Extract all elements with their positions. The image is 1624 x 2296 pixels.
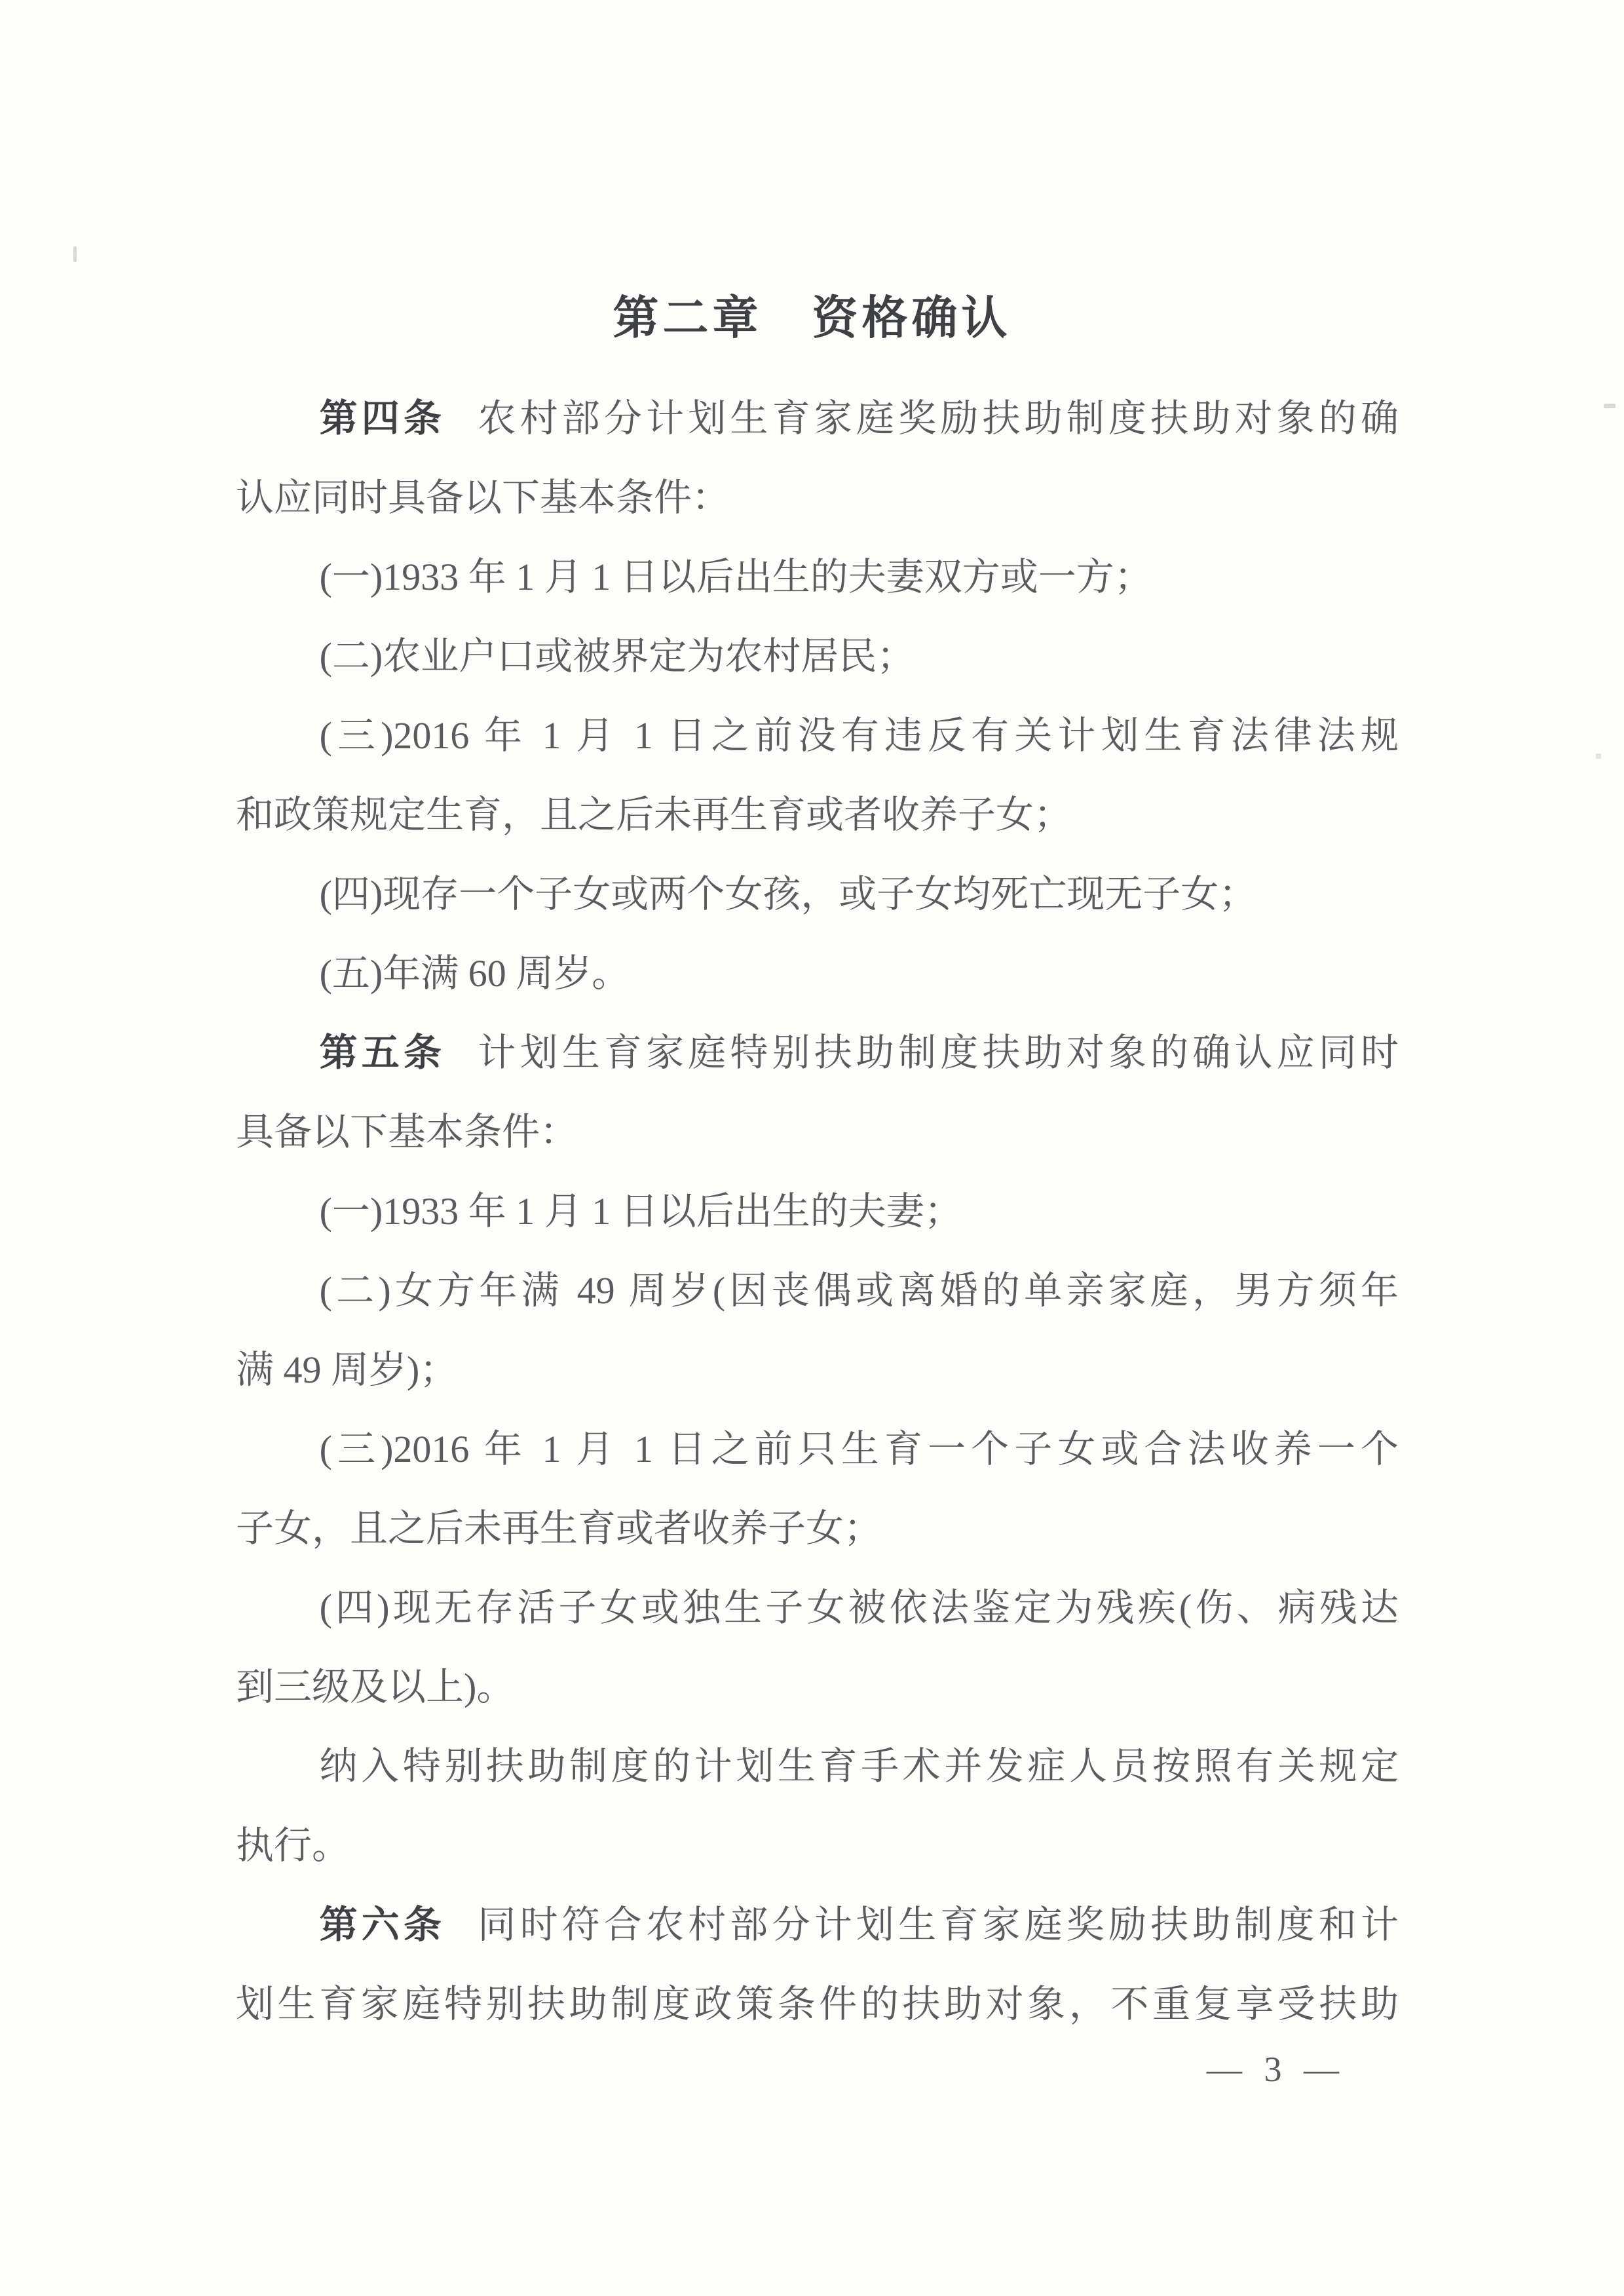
line-text: (二)农业户口或被界定为农村居民；	[320, 635, 915, 678]
line-text: 划生育家庭特别扶助制度政策条件的扶助对象，不重复享受扶助	[236, 1983, 1399, 2025]
page-number: — 3 —	[1207, 2050, 1346, 2089]
text-line: 第五条计划生育家庭特别扶助制度扶助对象的确认应同时	[236, 1013, 1399, 1092]
text-line: (四)现无存活子女或独生子女被依法鉴定为残疾(伤、病残达	[236, 1568, 1399, 1647]
line-text: (三)2016 年 1 月 1 日之前只生育一个子女或合法收养一个	[320, 1428, 1399, 1470]
text-line: (一)1933 年 1 月 1 日以后出生的夫妻双方或一方；	[236, 537, 1399, 617]
text-line: 纳入特别扶助制度的计划生育手术并发症人员按照有关规定	[236, 1727, 1399, 1806]
scan-artifact	[1604, 404, 1615, 408]
document-body: 第四条农村部分计划生育家庭奖励扶助制度扶助对象的确 认应同时具备以下基本条件： …	[236, 379, 1399, 2044]
text-line: (四)现存一个子女或两个女孩，或子女均死亡现无子女；	[236, 854, 1399, 934]
line-text: (四)现无存活子女或独生子女被依法鉴定为残疾(伤、病残达	[320, 1586, 1399, 1629]
line-text: 满 49 周岁)；	[236, 1349, 457, 1391]
text-line: 划生育家庭特别扶助制度政策条件的扶助对象，不重复享受扶助	[236, 1964, 1399, 2044]
text-line: (三)2016 年 1 月 1 日之前没有违反有关计划生育法律法规	[236, 696, 1399, 775]
text-line: (二)女方年满 49 周岁(因丧偶或离婚的单亲家庭，男方须年	[236, 1251, 1399, 1330]
chapter-title: 第二章 资格确认	[0, 292, 1624, 344]
line-text: (一)1933 年 1 月 1 日以后出生的夫妻；	[320, 1190, 962, 1233]
text-line: 和政策规定生育，且之后未再生育或者收养子女；	[236, 775, 1399, 854]
scan-artifact	[73, 246, 77, 262]
line-text: (二)女方年满 49 周岁(因丧偶或离婚的单亲家庭，男方须年	[320, 1269, 1399, 1312]
line-text: 到三级及以上)。	[236, 1666, 514, 1708]
line-text: 执行。	[236, 1824, 350, 1867]
article-label: 第六条	[320, 1902, 446, 1947]
text-line: (一)1933 年 1 月 1 日以后出生的夫妻；	[236, 1172, 1399, 1251]
line-text: 同时符合农村部分计划生育家庭奖励扶助制度和计	[478, 1904, 1399, 1946]
line-text: (四)现存一个子女或两个女孩，或子女均死亡现无子女；	[320, 873, 1257, 915]
article-label: 第五条	[320, 1030, 446, 1075]
text-line: (三)2016 年 1 月 1 日之前只生育一个子女或合法收养一个	[236, 1409, 1399, 1489]
text-line: 子女，且之后未再生育或者收养子女；	[236, 1489, 1399, 1568]
article-label: 第四条	[320, 396, 446, 440]
document-page: 第二章 资格确认 第四条农村部分计划生育家庭奖励扶助制度扶助对象的确 认应同时具…	[0, 0, 1624, 2296]
line-text: 认应同时具备以下基本条件：	[236, 476, 730, 519]
scan-artifact	[1596, 754, 1601, 759]
text-line: 到三级及以上)。	[236, 1647, 1399, 1727]
text-line: 第四条农村部分计划生育家庭奖励扶助制度扶助对象的确	[236, 379, 1399, 458]
text-line: 执行。	[236, 1806, 1399, 1885]
text-line: 满 49 周岁)；	[236, 1330, 1399, 1409]
line-text: 纳入特别扶助制度的计划生育手术并发症人员按照有关规定	[320, 1745, 1399, 1788]
text-line: (五)年满 60 周岁。	[236, 934, 1399, 1013]
line-text: (一)1933 年 1 月 1 日以后出生的夫妻双方或一方；	[320, 556, 1152, 598]
text-line: (二)农业户口或被界定为农村居民；	[236, 617, 1399, 696]
line-text: (三)2016 年 1 月 1 日之前没有违反有关计划生育法律法规	[320, 714, 1399, 757]
line-text: 具备以下基本条件：	[236, 1111, 578, 1153]
text-line: 认应同时具备以下基本条件：	[236, 458, 1399, 537]
text-line: 具备以下基本条件：	[236, 1092, 1399, 1172]
line-text: 计划生育家庭特别扶助制度扶助对象的确认应同时	[478, 1031, 1399, 1074]
line-text: 和政策规定生育，且之后未再生育或者收养子女；	[236, 794, 1072, 836]
line-text: (五)年满 60 周岁。	[320, 952, 630, 995]
text-line: 第六条同时符合农村部分计划生育家庭奖励扶助制度和计	[236, 1885, 1399, 1964]
line-text: 子女，且之后未再生育或者收养子女；	[236, 1507, 882, 1550]
line-text: 农村部分计划生育家庭奖励扶助制度扶助对象的确	[478, 397, 1399, 440]
